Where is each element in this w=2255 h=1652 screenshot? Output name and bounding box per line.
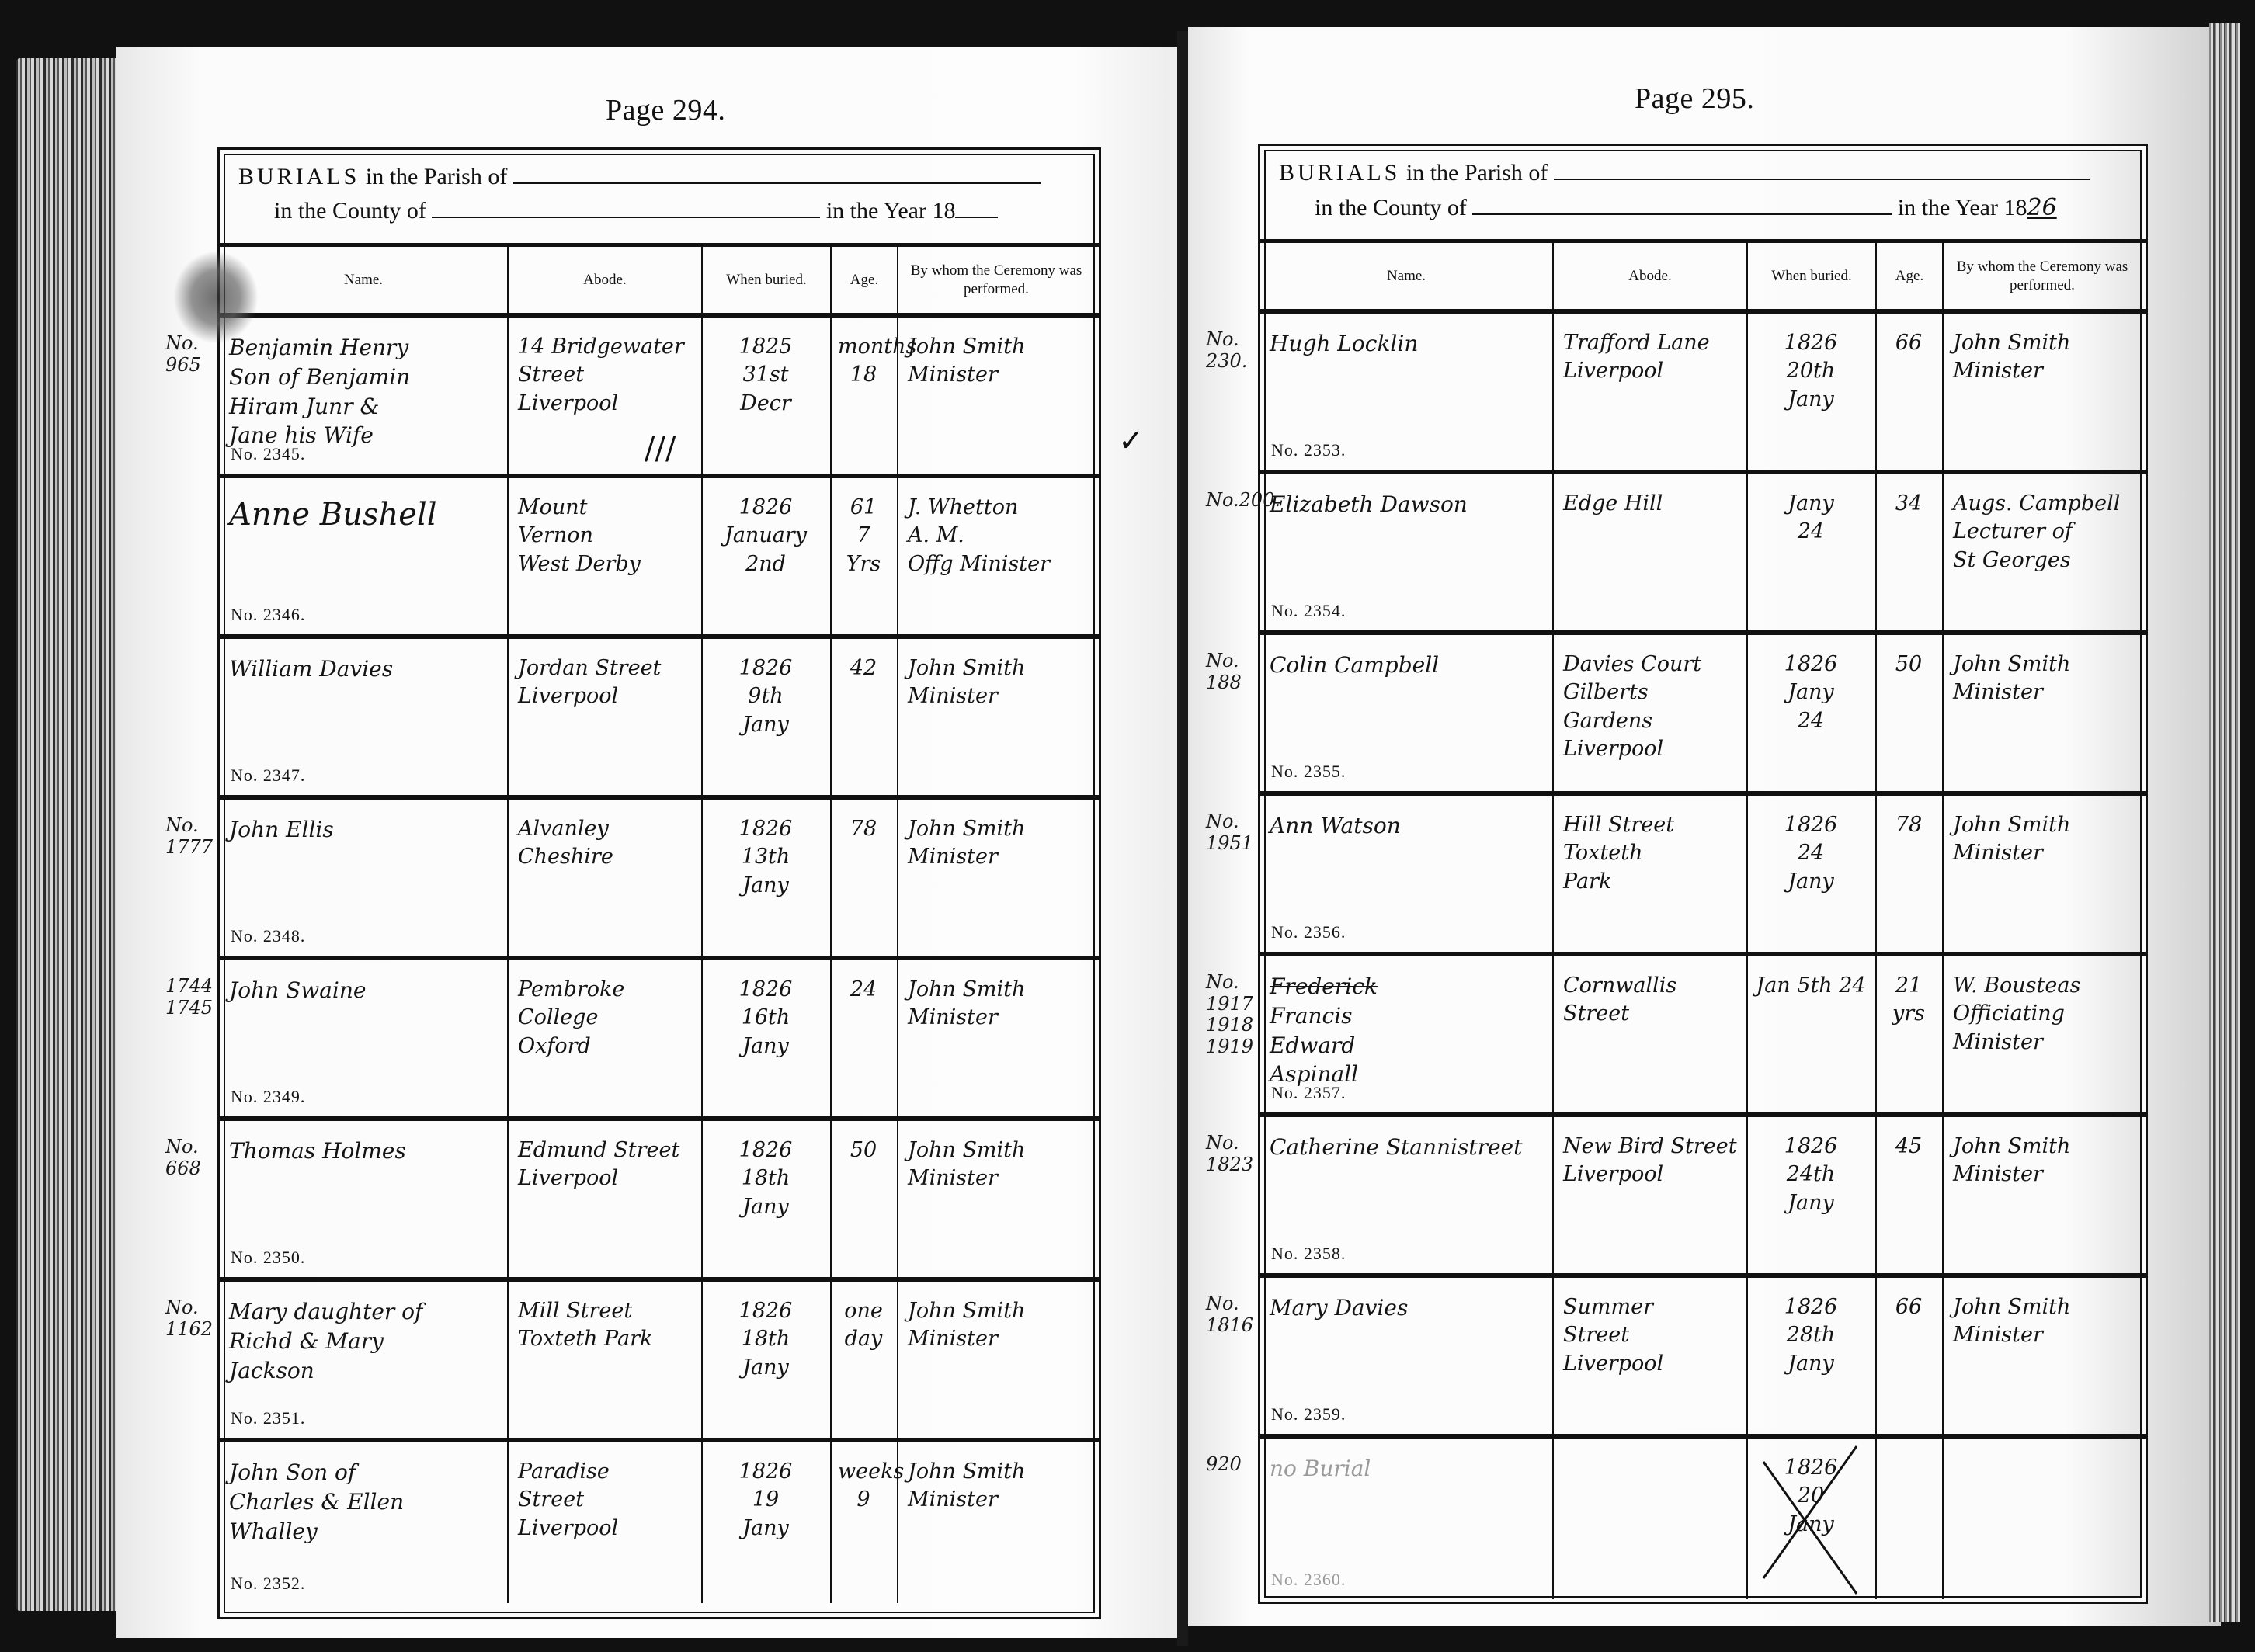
margin-note: No. 188 (1206, 651, 1242, 693)
cell-when-buried: 1826 January 2nd (703, 478, 832, 634)
margin-note: No. 965 (165, 333, 201, 376)
entry-number: No. 2359. (1271, 1403, 1346, 1426)
cell-abode: Trafford Lane Liverpool (1554, 314, 1748, 470)
cell-name: William DaviesNo. 2347. (220, 639, 509, 795)
entry-number: No. 2350. (231, 1246, 305, 1269)
entry-ceremony: John Smith Minister (908, 1459, 1025, 1511)
cell-name: Thomas HolmesNo. 2350. (220, 1121, 509, 1277)
cell-age: 24 (832, 960, 898, 1116)
register-entry: John SwaineNo. 2349.Pembroke College Oxf… (220, 960, 1099, 1121)
entry-ceremony: John Smith Minister (1953, 331, 2070, 383)
cell-when-buried: 1826 18th Jany (703, 1282, 832, 1438)
entry-number: No. 2348. (231, 925, 305, 948)
entry-ceremony: John Smith Minister (908, 1299, 1025, 1351)
entry-name: Thomas Holmes (229, 1138, 406, 1164)
cell-ceremony: John Smith Minister (1944, 1117, 2141, 1273)
county-blank (1472, 212, 1892, 215)
col-header-abode: Abode. (1554, 243, 1748, 309)
entry-abode: Edge Hill (1563, 491, 1663, 515)
col-header-name: Name. (1260, 243, 1554, 309)
cell-abode: Cornwallis Street (1554, 956, 1748, 1112)
margin-note: No. 1917 1918 1919 (1206, 972, 1253, 1057)
entry-ceremony: John Smith Minister (908, 817, 1025, 869)
cell-name: John EllisNo. 2348. (220, 800, 509, 956)
col-header-age: Age. (1877, 243, 1944, 309)
cell-abode: Paradise Street Liverpool (509, 1442, 703, 1603)
entry-ceremony: John Smith Minister (908, 335, 1025, 387)
entry-name: John Ellis (229, 817, 334, 842)
register-entry: Colin CampbellNo. 2355.Davies Court Gilb… (1260, 635, 2146, 796)
entry-abode: Hill Street Toxteth Park (1563, 813, 1674, 894)
cell-name: Catherine StannistreetNo. 2358. (1260, 1117, 1554, 1273)
cell-when-buried: 1826 18th Jany (703, 1121, 832, 1277)
entry-abode: Mount Vernon West Derby (518, 495, 641, 576)
cell-abode: Edge Hill (1554, 474, 1748, 630)
cell-when-buried: 1826 Jany 24 (1748, 635, 1877, 791)
cell-when-buried: 1826 24 Jany (1748, 796, 1877, 952)
margin-note: 1744 1745 (165, 976, 213, 1019)
entry-age: 66 (1895, 1295, 1922, 1319)
entry-when-buried: 1826 9th Jany (739, 656, 793, 737)
col-header-age: Age. (832, 247, 898, 313)
cell-ceremony: John Smith Minister (898, 800, 1094, 956)
entry-when-buried: 1826 January 2nd (724, 495, 807, 576)
cell-abode: Mount Vernon West Derby (509, 478, 703, 634)
entry-when-buried: 1826 Jany 24 (1784, 652, 1838, 733)
cell-ceremony (1944, 1439, 2141, 1599)
entry-number: No. 2356. (1271, 921, 1346, 944)
cell-abode: Hill Street Toxteth Park (1554, 796, 1748, 952)
col-header-name: Name. (220, 247, 509, 313)
entry-abode: Edmund Street Liverpool (518, 1138, 679, 1190)
entry-when-buried: 1826 20 Jany (1784, 1456, 1838, 1536)
cell-abode: Pembroke College Oxford (509, 960, 703, 1116)
cell-age: 61 7 Yrs (832, 478, 898, 634)
entry-ceremony: John Smith Minister (1953, 1134, 2070, 1186)
margin-note: No. 1816 (1206, 1293, 1253, 1336)
entry-number: No. 2347. (231, 764, 305, 787)
cell-age (1877, 1439, 1944, 1599)
cell-abode: Jordan Street Liverpool (509, 639, 703, 795)
entry-ceremony: John Smith Minister (908, 1138, 1025, 1190)
col-header-when-buried: When buried. (703, 247, 832, 313)
entry-age: 78 (1895, 813, 1922, 837)
entry-when-buried: 1826 19 Jany (739, 1459, 793, 1540)
parish-blank (513, 181, 1041, 184)
entry-number: No. 2346. (231, 603, 305, 626)
cell-ceremony: Augs. Campbell Lecturer of St Georges (1944, 474, 2141, 630)
cell-abode: Davies Court Gilberts Gardens Liverpool (1554, 635, 1748, 791)
cell-when-buried: 1826 20th Jany (1748, 314, 1877, 470)
register-entry: Mary daughter of Richd & Mary JacksonNo.… (220, 1282, 1099, 1442)
cell-when-buried: 1826 24th Jany (1748, 1117, 1877, 1273)
entry-name: Mary daughter of Richd & Mary Jackson (229, 1299, 422, 1383)
cell-ceremony: John Smith Minister (1944, 314, 2141, 470)
cell-ceremony: John Smith Minister (898, 1282, 1094, 1438)
entry-name: Colin Campbell (1270, 652, 1439, 678)
cell-ceremony: J. Whetton A. M. Offg Minister (898, 478, 1094, 634)
entry-name: John Son of Charles & Ellen Whalley (229, 1459, 404, 1544)
entry-number: No. 2355. (1271, 760, 1346, 783)
entry-abode: New Bird Street Liverpool (1563, 1134, 1737, 1186)
book-page-edges-right (2209, 23, 2240, 1622)
cell-name: Anne BushellNo. 2346. (220, 478, 509, 634)
cell-when-buried: 1825 31st Decr (703, 318, 832, 474)
tally-mark: /// (645, 431, 676, 467)
entry-ceremony: Augs. Campbell Lecturer of St Georges (1953, 491, 2120, 572)
entry-age: 50 (850, 1138, 877, 1162)
entry-age: 61 7 Yrs (846, 495, 881, 576)
cell-age: 34 (1877, 474, 1944, 630)
entry-age: 42 (850, 656, 877, 680)
cell-age: one day (832, 1282, 898, 1438)
register-entry: Hugh LocklinNo. 2353.Trafford Lane Liver… (1260, 314, 2146, 474)
entry-ceremony: John Smith Minister (908, 656, 1025, 708)
entry-ceremony: John Smith Minister (1953, 652, 2070, 704)
entry-abode: Davies Court Gilberts Gardens Liverpool (1563, 652, 1701, 761)
margin-note: No. 668 (165, 1137, 201, 1179)
cell-age: 66 (1877, 1278, 1944, 1434)
entry-age: one day (844, 1299, 883, 1351)
year-fill: 26 (2027, 194, 2056, 221)
entry-name: Elizabeth Dawson (1270, 491, 1468, 517)
entry-number: No. 2357. (1271, 1081, 1346, 1105)
county-line: in the County of in the Year 18 (274, 198, 998, 224)
entry-name: Benjamin Henry Son of Benjamin Hiram Jun… (229, 335, 410, 448)
column-headers: Name. Abode. When buried. Age. By whom t… (220, 247, 1099, 318)
entry-age: 50 (1895, 652, 1922, 676)
entry-ceremony: John Smith Minister (1953, 813, 2070, 865)
cell-when-buried: 1826 19 Jany (703, 1442, 832, 1603)
county-blank (432, 215, 820, 218)
register-table-right: BURIALS in the Parish of in the County o… (1258, 144, 2148, 1604)
col-header-abode: Abode. (509, 247, 703, 313)
cell-ceremony: John Smith Minister (1944, 635, 2141, 791)
entry-when-buried: Jany 24 (1788, 491, 1834, 543)
entry-when-buried: 1826 16th Jany (739, 977, 793, 1058)
page-number-right: Page 295. (1635, 82, 1754, 116)
cell-when-buried: Jany 24 (1748, 474, 1877, 630)
entry-name: Hugh Locklin (1270, 331, 1418, 356)
margin-note: No. 230. (1206, 329, 1247, 372)
entry-abode: 14 Bridgewater Street Liverpool (518, 335, 684, 415)
cell-when-buried: Jan 5th 24 (1748, 956, 1877, 1112)
parish-line: BURIALS in the Parish of (1279, 160, 2090, 186)
entry-name: Mary Davies (1270, 1295, 1408, 1321)
ink-smudge (173, 251, 259, 344)
entry-number: No. 2354. (1271, 599, 1346, 623)
cell-when-buried: 1826 13th Jany (703, 800, 832, 956)
cell-abode: Alvanley Cheshire (509, 800, 703, 956)
entry-ceremony: J. Whetton A. M. Offg Minister (908, 495, 1050, 576)
cell-ceremony: John Smith Minister (898, 639, 1094, 795)
entry-name: Catherine Stannistreet (1270, 1134, 1522, 1160)
register-table-left: BURIALS in the Parish of in the County o… (217, 147, 1101, 1619)
cell-when-buried: 1826 28th Jany (1748, 1278, 1877, 1434)
register-entry: John EllisNo. 2348.Alvanley Cheshire1826… (220, 800, 1099, 960)
cell-abode: Summer Street Liverpool (1554, 1278, 1748, 1434)
margin-note: No. 1162 (165, 1297, 213, 1340)
cell-when-buried: 1826 20 Jany (1748, 1439, 1877, 1599)
register-entry: William DaviesNo. 2347.Jordan Street Liv… (220, 639, 1099, 800)
check-mark: ✓ (1118, 423, 1145, 459)
entry-ceremony: John Smith Minister (908, 977, 1025, 1029)
register-entry: Catherine StannistreetNo. 2358.New Bird … (1260, 1117, 2146, 1278)
entry-abode: Jordan Street Liverpool (518, 656, 661, 708)
entry-age: 78 (850, 817, 877, 841)
entry-name: no Burial (1270, 1456, 1371, 1481)
cell-name: Frederick Francis Edward AspinallNo. 235… (1260, 956, 1554, 1112)
entry-abode: Paradise Street Liverpool (518, 1459, 618, 1540)
register-entry: Frederick Francis Edward AspinallNo. 235… (1260, 956, 2146, 1117)
column-headers: Name. Abode. When buried. Age. By whom t… (1260, 243, 2146, 314)
margin-note: No. 1823 (1206, 1133, 1253, 1175)
margin-note: No. 1777 (165, 815, 213, 858)
col-header-ceremony: By whom the Ceremony was performed. (1944, 243, 2141, 309)
cell-abode: New Bird Street Liverpool (1554, 1117, 1748, 1273)
register-title-block: BURIALS in the Parish of in the County o… (220, 150, 1099, 247)
register-entry: no BurialNo. 2360.1826 20 Jany (1260, 1439, 2146, 1599)
entry-abode: Pembroke College Oxford (518, 977, 624, 1058)
entry-abode: Alvanley Cheshire (518, 817, 613, 869)
cell-name: John SwaineNo. 2349. (220, 960, 509, 1116)
margin-note: No. 1951 (1206, 811, 1253, 854)
entry-age: 24 (850, 977, 877, 1001)
entry-when-buried: 1826 24 Jany (1784, 813, 1838, 894)
cell-abode (1554, 1439, 1748, 1599)
register-entry: Anne BushellNo. 2346.Mount Vernon West D… (220, 478, 1099, 639)
cell-name: Benjamin Henry Son of Benjamin Hiram Jun… (220, 318, 509, 474)
register-entry: Ann WatsonNo. 2356.Hill Street Toxteth P… (1260, 796, 2146, 956)
struck-name: Frederick (1270, 973, 1378, 999)
entry-when-buried: 1826 28th Jany (1784, 1295, 1838, 1376)
register-entry: John Son of Charles & Ellen WhalleyNo. 2… (220, 1442, 1099, 1603)
book-gutter (1177, 31, 1188, 1646)
margin-note: No.200. (1206, 490, 1280, 512)
entry-number: No. 2353. (1271, 439, 1346, 462)
register-entry: Thomas HolmesNo. 2350.Edmund Street Live… (220, 1121, 1099, 1282)
entry-when-buried: 1826 13th Jany (739, 817, 793, 897)
entry-abode: Trafford Lane Liverpool (1563, 331, 1710, 383)
entry-when-buried: 1826 18th Jany (739, 1138, 793, 1219)
cell-ceremony: W. Bousteas Officiating Minister (1944, 956, 2141, 1112)
cell-age: months 18 (832, 318, 898, 474)
col-header-ceremony: By whom the Ceremony was performed. (898, 247, 1094, 313)
cell-age: weeks 9 (832, 1442, 898, 1603)
entry-age: 66 (1895, 331, 1922, 355)
cell-age: 78 (832, 800, 898, 956)
cell-ceremony: John Smith Minister (898, 318, 1094, 474)
cell-age: 66 (1877, 314, 1944, 470)
cell-name: John Son of Charles & Ellen WhalleyNo. 2… (220, 1442, 509, 1603)
entry-number: No. 2349. (231, 1085, 305, 1109)
cell-abode: Edmund Street Liverpool (509, 1121, 703, 1277)
entry-number: No. 2351. (231, 1407, 305, 1430)
cell-name: Mary DaviesNo. 2359. (1260, 1278, 1554, 1434)
col-header-when-buried: When buried. (1748, 243, 1877, 309)
entry-number: No. 2352. (231, 1572, 305, 1595)
page-number-left: Page 294. (606, 93, 725, 127)
cell-age: 21 yrs (1877, 956, 1944, 1112)
cell-name: no BurialNo. 2360. (1260, 1439, 1554, 1599)
entry-name: Anne Bushell (229, 497, 437, 533)
entry-age: 21 yrs (1892, 973, 1925, 1026)
entry-ceremony: W. Bousteas Officiating Minister (1953, 973, 2080, 1054)
cell-ceremony: John Smith Minister (898, 1121, 1094, 1277)
entry-abode: Mill Street Toxteth Park (518, 1299, 652, 1351)
cell-name: Elizabeth DawsonNo. 2354. (1260, 474, 1554, 630)
entry-number: No. 2358. (1271, 1242, 1346, 1265)
entry-when-buried: Jan 5th 24 (1756, 973, 1865, 998)
entry-name: John Swaine (229, 977, 366, 1003)
register-entry: Elizabeth DawsonNo. 2354.Edge HillJany 2… (1260, 474, 2146, 635)
entry-name: Francis Edward Aspinall (1270, 1003, 1358, 1088)
margin-note: 920 (1206, 1454, 1242, 1476)
entry-ceremony: John Smith Minister (1953, 1295, 2070, 1347)
cell-abode: Mill Street Toxteth Park (509, 1282, 703, 1438)
entry-name: William Davies (229, 656, 393, 682)
entry-age: 45 (1895, 1134, 1922, 1158)
cell-age: 50 (832, 1121, 898, 1277)
cell-name: Ann WatsonNo. 2356. (1260, 796, 1554, 952)
parish-blank (1554, 177, 2090, 180)
cell-age: 78 (1877, 796, 1944, 952)
entry-when-buried: 1825 31st Decr (739, 335, 793, 415)
cell-ceremony: John Smith Minister (898, 960, 1094, 1116)
cell-name: Colin CampbellNo. 2355. (1260, 635, 1554, 791)
entry-number: No. 2345. (231, 442, 305, 466)
entry-when-buried: 1826 24th Jany (1784, 1134, 1838, 1215)
entry-when-buried: 1826 20th Jany (1784, 331, 1838, 411)
cell-ceremony: John Smith Minister (1944, 1278, 2141, 1434)
cell-ceremony: John Smith Minister (1944, 796, 2141, 952)
entry-name: Ann Watson (1270, 813, 1401, 838)
cell-age: 45 (1877, 1117, 1944, 1273)
register-entry: Mary DaviesNo. 2359.Summer Street Liverp… (1260, 1278, 2146, 1439)
cell-age: 50 (1877, 635, 1944, 791)
year-blank (955, 215, 998, 218)
entry-age: weeks 9 (838, 1459, 904, 1511)
parish-line: BURIALS in the Parish of (238, 164, 1041, 190)
cell-age: 42 (832, 639, 898, 795)
cell-when-buried: 1826 9th Jany (703, 639, 832, 795)
cell-name: Mary daughter of Richd & Mary JacksonNo.… (220, 1282, 509, 1438)
cell-ceremony: John Smith Minister (898, 1442, 1094, 1603)
cell-name: Hugh LocklinNo. 2353. (1260, 314, 1554, 470)
county-line: in the County of in the Year 1826 (1315, 194, 2057, 221)
entry-age: 34 (1895, 491, 1922, 515)
cell-when-buried: 1826 16th Jany (703, 960, 832, 1116)
entry-abode: Summer Street Liverpool (1563, 1295, 1663, 1376)
register-title-block: BURIALS in the Parish of in the County o… (1260, 146, 2146, 243)
entry-abode: Cornwallis Street (1563, 973, 1676, 1026)
entry-when-buried: 1826 18th Jany (739, 1299, 793, 1380)
entry-number: No. 2360. (1271, 1568, 1346, 1591)
